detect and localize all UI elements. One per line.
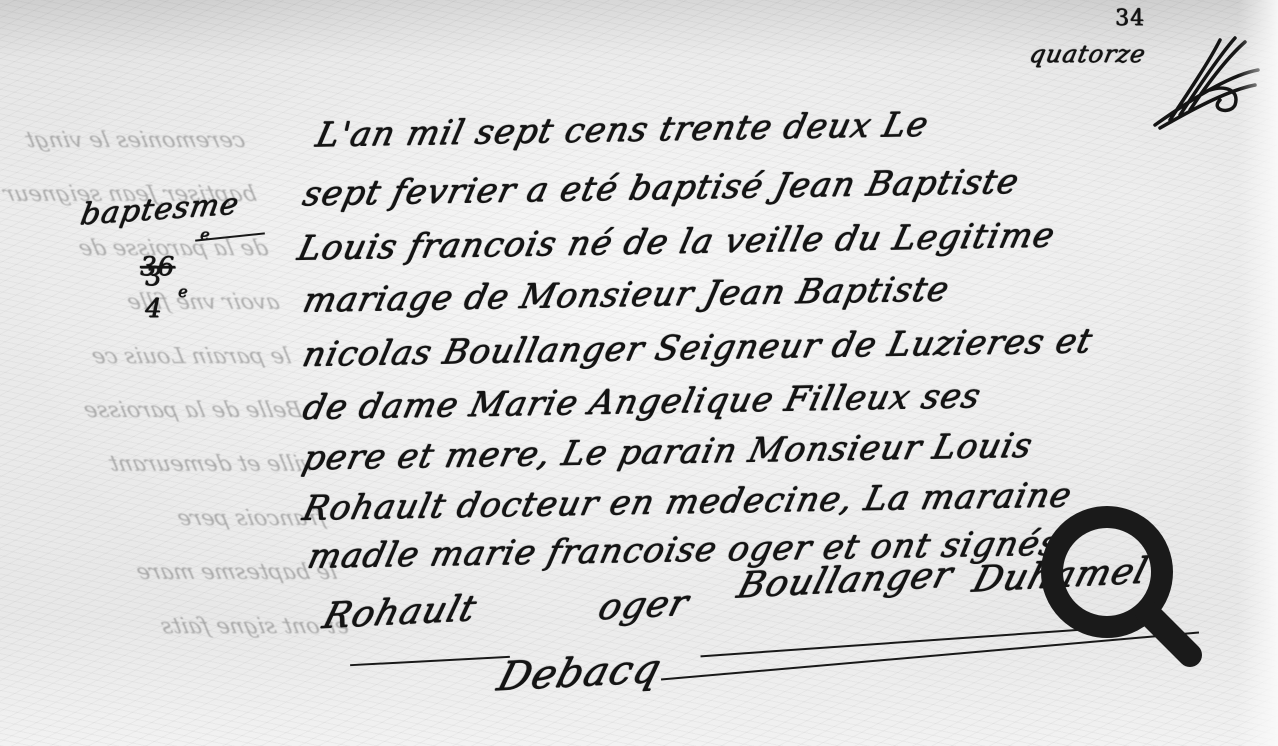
- entry-line-7: pere et mere, Le parain Monsieur Louis: [299, 426, 1037, 479]
- folio-number: 34: [1115, 6, 1145, 31]
- entry-line-1: L'an mil sept cens trente deux Le: [312, 105, 933, 156]
- entry-line-4: mariage de Monsieur Jean Baptiste: [299, 269, 953, 320]
- entry-line-8: Rohault docteur en medecine, La maraine: [299, 475, 1076, 528]
- margin-number-struck-suffix: e: [200, 225, 210, 244]
- entry-line-5: nicolas Boullanger Seigneur de Luzieres …: [299, 321, 1097, 375]
- magnifying-glass-icon[interactable]: [1035, 500, 1210, 675]
- signature-rohault: Rohault: [318, 588, 481, 637]
- entry-line-2: sept fevrier a eté baptisé Jean Baptiste: [299, 162, 1023, 214]
- margin-number-corrected-suffix: e: [178, 282, 188, 301]
- signature-debacq: Debacq: [492, 646, 666, 700]
- register-page: ceremonies le vingt baptiser Jean seigne…: [0, 0, 1278, 746]
- entry-line-6: de dame Marie Angelique Filleux ses: [299, 376, 985, 428]
- signature-rohault-underline: [350, 656, 510, 666]
- entry-line-3: Louis francois né de la veille du Legiti…: [294, 215, 1059, 268]
- folio-word: quatorze: [1027, 40, 1148, 68]
- paraph-flourish: [1150, 30, 1260, 130]
- signature-oger: oger: [594, 583, 694, 629]
- entry-line-9: madle marie francoise oger et ont signés…: [304, 523, 1075, 576]
- margin-number-final: 4: [145, 294, 163, 324]
- margin-number-corrected: 3: [145, 262, 163, 292]
